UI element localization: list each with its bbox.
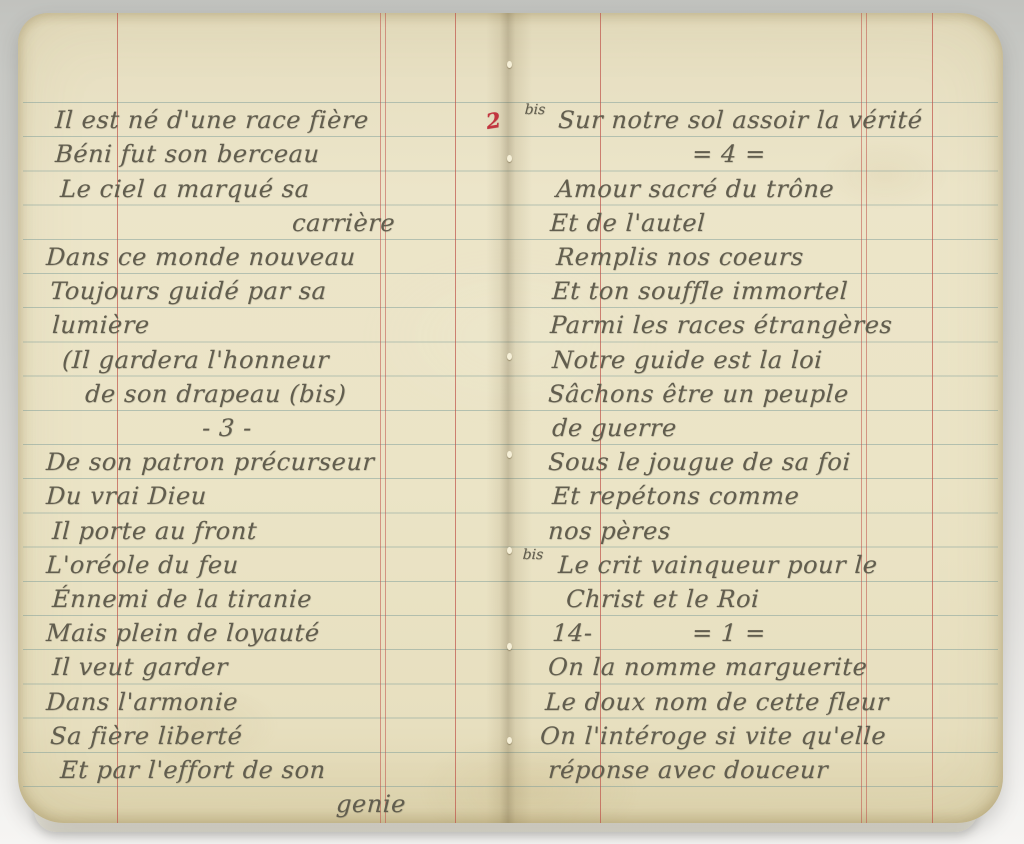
handwritten-text: On l'intéroge si vite qu'elle — [539, 722, 887, 750]
handwritten-text: Sur notre sol assoir la vérité — [557, 106, 923, 134]
handwritten-text: réponse avec douceur — [547, 756, 829, 784]
handwritten-text: 14- — [551, 619, 593, 647]
handwritten-line: Et de l'autel — [549, 209, 706, 242]
handwritten-line: = 4 = — [691, 140, 766, 173]
handwritten-text: Christ et le Roi — [565, 585, 760, 613]
handwritten-text: Et repétons comme — [551, 482, 800, 510]
handwritten-text: = 4 = — [691, 140, 766, 168]
handwritten-line: de guerre — [551, 414, 678, 447]
handwritten-text: Le doux nom de cette fleur — [544, 688, 889, 716]
handwritten-line: On l'intéroge si vite qu'elle — [539, 722, 887, 755]
handwritten-text: = 1 = — [691, 619, 766, 647]
handwritten-line: Remplis nos coeurs — [555, 243, 804, 276]
handwritten-text: On la nomme marguerite — [547, 653, 868, 681]
handwritten-line: Christ et le Roi — [565, 585, 760, 618]
notebook-spread: Il est né d'une race fièreBéni fut son b… — [18, 13, 1003, 823]
handwritten-line: réponse avec douceur — [547, 756, 829, 789]
handwritten-text: Le crit vainqueur pour le — [557, 551, 878, 579]
handwritten-text: nos pères — [547, 517, 671, 545]
bis-marker: bis — [522, 547, 543, 563]
handwritten-line: Notre guide est la loi — [551, 346, 823, 379]
red-annotation-2: 2 — [484, 107, 502, 134]
handwritten-line: Sâchons être un peuple — [547, 380, 849, 413]
photo-backdrop: Il est né d'une race fièreBéni fut son b… — [0, 0, 1024, 844]
handwritten-line: Sous le jougue de sa foi — [547, 448, 851, 481]
handwritten-text: Et de l'autel — [549, 209, 706, 237]
handwritten-line: 14-= 1 = — [551, 619, 593, 652]
handwritten-line: Amour sacré du trône — [555, 175, 835, 208]
handwritten-text: Notre guide est la loi — [551, 346, 823, 374]
handwritten-text: Sâchons être un peuple — [547, 380, 849, 408]
handwritten-line: Et repétons comme — [551, 482, 800, 515]
handwritten-text: Parmi les races étrangères — [549, 311, 893, 339]
handwritten-line: nos pères — [547, 517, 672, 550]
handwritten-text: Amour sacré du trône — [555, 175, 835, 203]
bis-marker: bis — [524, 102, 545, 118]
handwritten-line: Et ton souffle immortel — [551, 277, 849, 310]
right-page-text: bisSur notre sol assoir la vérité= 4 =Am… — [18, 13, 1003, 823]
handwritten-line: bisLe crit vainqueur pour le — [557, 551, 878, 584]
handwritten-line: On la nomme marguerite — [547, 653, 868, 686]
handwritten-line: bisSur notre sol assoir la vérité — [557, 106, 923, 139]
handwritten-line: Parmi les races étrangères — [549, 311, 893, 344]
handwritten-text: Remplis nos coeurs — [555, 243, 804, 271]
handwritten-text: Et ton souffle immortel — [551, 277, 848, 305]
handwritten-text: Sous le jougue de sa foi — [547, 448, 851, 476]
handwritten-text: de guerre — [551, 414, 677, 442]
handwritten-line: Le doux nom de cette fleur — [544, 688, 889, 721]
